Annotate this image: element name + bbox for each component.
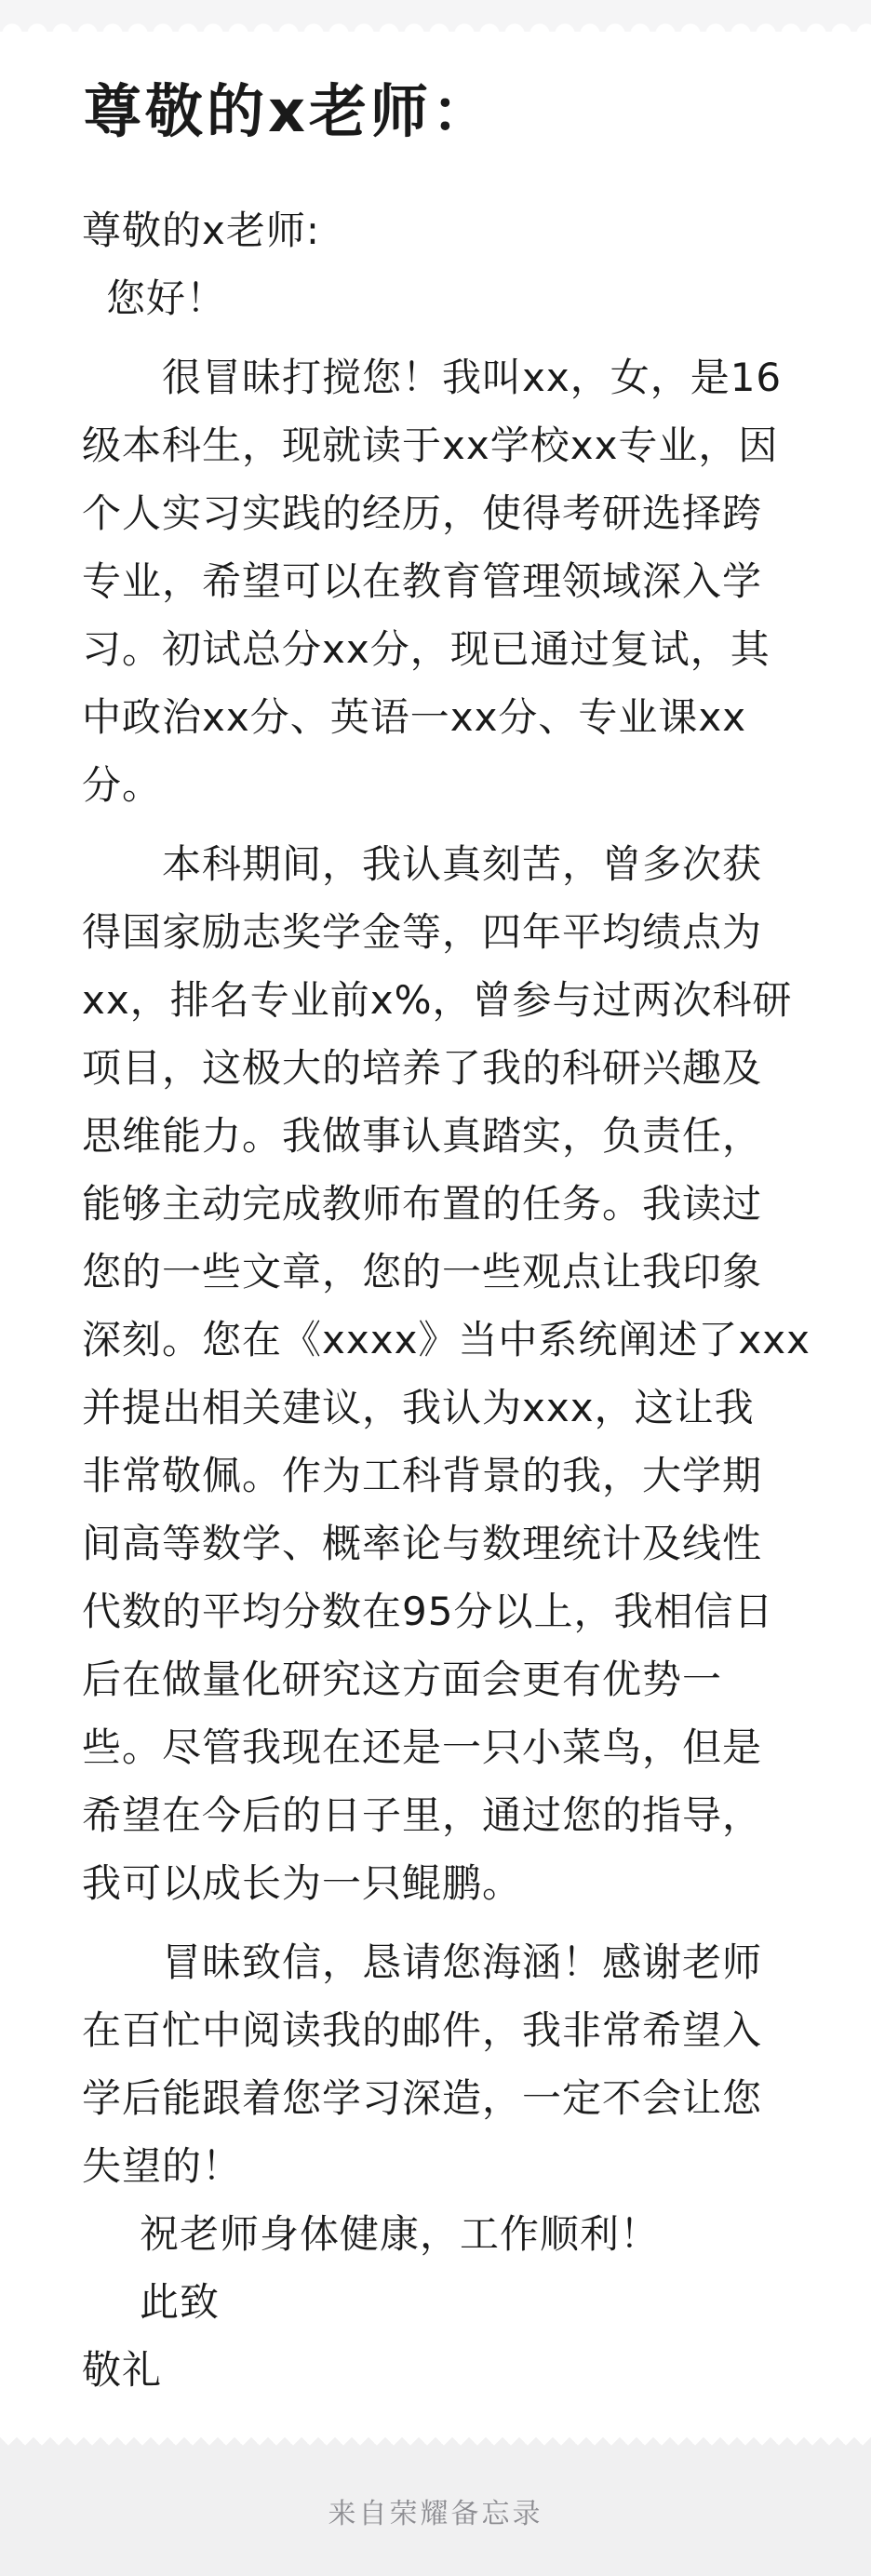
letter-line: 习。初试总分xx分，现已通过复试，其 [82,615,819,683]
letter-line: 此致 [82,2268,819,2336]
torn-edge-top [0,20,871,32]
letter-line: 中政治xx分、英语一xx分、专业课xx [82,683,819,751]
letter-line: 失望的！ [82,2132,819,2200]
letter-line: 很冒昧打搅您！我叫xx，女，是16 [82,343,819,411]
letter-line: 思维能力。我做事认真踏实，负责任， [82,1102,819,1170]
letter-line: 您好！ [82,264,819,332]
letter-line: 深刻。您在《xxxx》当中系统阐述了xxx [82,1306,819,1374]
letter-line: 专业，希望可以在教育管理领域深入学 [82,547,819,615]
backdrop-top [0,0,871,20]
letter-line: 项目，这极大的培养了我的科研兴趣及 [82,1034,819,1102]
letter-line: 您的一些文章，您的一些观点让我印象 [82,1238,819,1306]
letter-line: 些。尽管我现在还是一只小菜鸟，但是 [82,1713,819,1781]
letter-paper: 尊敬的x老师： 尊敬的x老师:您好！很冒昧打搅您！我叫xx，女，是16级本科生，… [0,32,871,2436]
letter-line: 希望在今后的日子里，通过您的指导， [82,1781,819,1849]
letter-line: 分。 [82,751,819,819]
letter-line: 非常敬佩。作为工科背景的我，大学期 [82,1442,819,1509]
letter-line: 学后能跟着您学习深造，一定不会让您 [82,2064,819,2132]
letter-line: 个人实习实践的经历，使得考研选择跨 [82,479,819,547]
letter-line: 冒昧致信，恳请您海涵！感谢老师 [82,1928,819,1996]
letter-line: 并提出相关建议，我认为xxx，这让我 [82,1374,819,1442]
letter-line: 代数的平均分数在95分以上，我相信日 [82,1577,819,1645]
letter-body: 尊敬的x老师:您好！很冒昧打搅您！我叫xx，女，是16级本科生，现就读于xx学校… [0,196,871,2404]
letter-line: xx，排名专业前x%，曾参与过两次科研 [82,966,819,1034]
memo-share-image: 尊敬的x老师： 尊敬的x老师:您好！很冒昧打搅您！我叫xx，女，是16级本科生，… [0,0,871,2576]
torn-edge-bottom [0,2436,871,2446]
letter-line: 我可以成长为一只鲲鹏。 [82,1849,819,1917]
letter-line: 能够主动完成教师布置的任务。我读过 [82,1170,819,1238]
letter-line: 敬礼 [82,2336,819,2404]
letter-line: 后在做量化研究这方面会更有优势一 [82,1645,819,1713]
memo-source-label: 来自荣耀备忘录 [328,2490,543,2531]
letter-line: 尊敬的x老师: [82,196,819,264]
letter-title: 尊敬的x老师： [84,81,871,142]
letter-line: 级本科生，现就读于xx学校xx专业，因 [82,411,819,479]
letter-line: 得国家励志奖学金等，四年平均绩点为 [82,898,819,966]
letter-line: 本科期间，我认真刻苦，曾多次获 [82,830,819,898]
letter-line: 祝老师身体健康，工作顺利！ [82,2200,819,2268]
memo-footer: 来自荣耀备忘录 [0,2446,871,2576]
letter-line: 在百忙中阅读我的邮件，我非常希望入 [82,1996,819,2064]
letter-line: 间高等数学、概率论与数理统计及线性 [82,1509,819,1577]
